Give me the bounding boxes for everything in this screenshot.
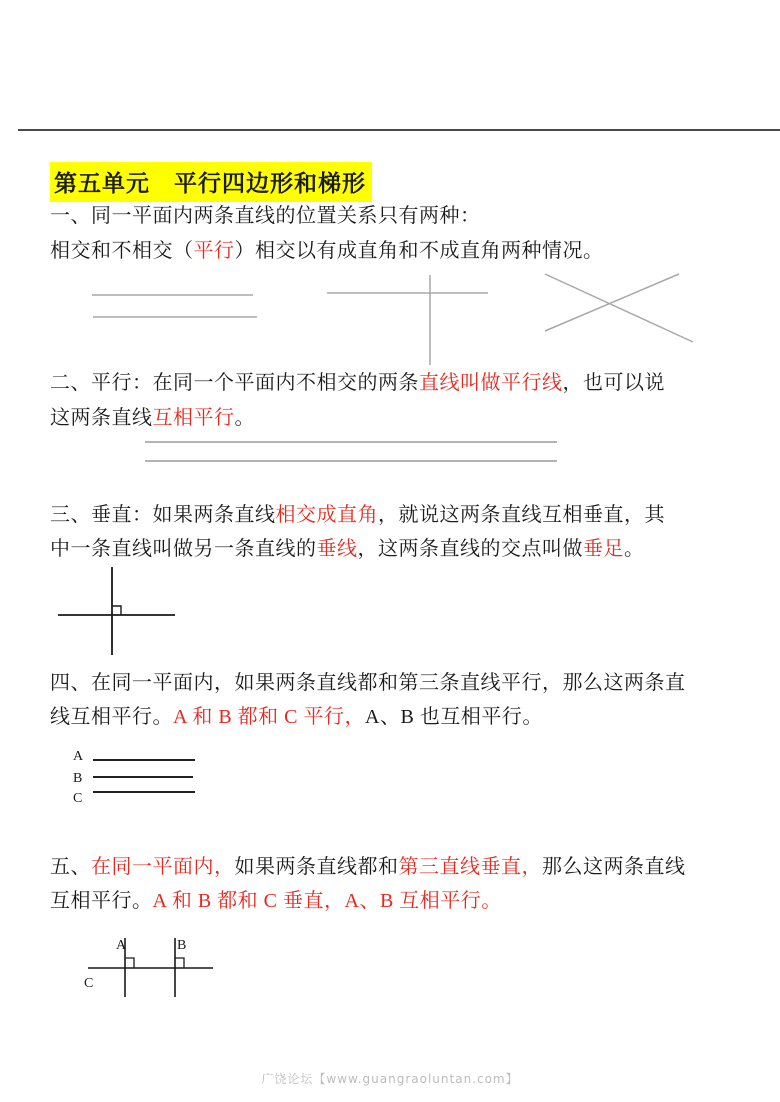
text-run-red: A 和 B 都和 C 平行， xyxy=(173,706,365,728)
text-run: 二、平行：在同一个平面内不相交的两条 xyxy=(50,372,419,394)
text-run: ，就说这两条直线互相垂直，其 xyxy=(378,504,665,526)
text-run-red: 平行 xyxy=(194,240,235,262)
line-label-b: B xyxy=(177,938,186,953)
text-run: 三、垂直：如果两条直线 xyxy=(50,504,276,526)
intersecting-oblique-diagram xyxy=(538,268,703,350)
right-angle-marker xyxy=(125,958,134,968)
text-run: 五、 xyxy=(50,856,91,878)
text-run-red: 垂线 xyxy=(317,538,358,560)
line-label-c: C xyxy=(84,976,93,991)
section-5-line-1: 五、在同一平面内，如果两条直线都和第三直线垂直，那么这两条直线 xyxy=(50,852,750,882)
text-run-red: 垂足 xyxy=(583,538,624,560)
abc-parallel-diagram: A B C xyxy=(65,740,225,805)
intersecting-right-angle-diagram xyxy=(320,270,495,370)
parallel-lines-diagram xyxy=(85,288,265,324)
document-page: 第五单元 平行四边形和梯形 一、同一平面内两条直线的位置关系只有两种： 相交和不… xyxy=(0,0,780,1102)
text-run: ，这两条直线的交点叫做 xyxy=(358,538,584,560)
right-angle-marker xyxy=(112,606,121,615)
text-run: 那么这两条直线 xyxy=(542,856,686,878)
section-4-line-1: 四、在同一平面内，如果两条直线都和第三条直线平行，那么这两条直 xyxy=(50,668,750,698)
text-run: 四、在同一平面内，如果两条直线都和第三条直线平行，那么这两条直 xyxy=(50,672,686,694)
text-run: 互相平行。 xyxy=(50,890,153,912)
text-run-red: 互相平行 xyxy=(153,407,235,429)
parallel-lines-example-diagram xyxy=(140,435,565,470)
section-4-line-2: 线互相平行。A 和 B 都和 C 平行，A、B 也互相平行。 xyxy=(50,702,750,732)
section-2-line-2: 这两条直线互相平行。 xyxy=(50,403,750,433)
text-run-red: 第三直线垂直， xyxy=(399,856,543,878)
line-label-c: C xyxy=(73,791,82,805)
footer-watermark: 广饶论坛【www.guangraoluntan.com】 xyxy=(0,1070,780,1087)
unit-title: 第五单元 平行四边形和梯形 xyxy=(50,162,372,202)
right-angle-marker xyxy=(175,958,184,968)
text-run: 如果两条直线都和 xyxy=(235,856,399,878)
section-2-line-1: 二、平行：在同一个平面内不相交的两条直线叫做平行线，也可以说 xyxy=(50,368,750,398)
text-run: 这两条直线 xyxy=(50,407,153,429)
text-run: 一、同一平面内两条直线的位置关系只有两种： xyxy=(50,205,481,227)
section-1-line-2: 相交和不相交（平行）相交以有成直角和不成直角两种情况。 xyxy=(50,236,750,266)
text-run: ，也可以说 xyxy=(563,372,666,394)
text-run: 中一条直线叫做另一条直线的 xyxy=(50,538,317,560)
line-label-a: A xyxy=(73,749,84,764)
text-run-red: 相交成直角 xyxy=(276,504,379,526)
section-5-line-2: 互相平行。A 和 B 都和 C 垂直，A、B 互相平行。 xyxy=(50,886,750,916)
text-run: 线互相平行。 xyxy=(50,706,173,728)
text-run-red: 直线叫做平行线 xyxy=(419,372,563,394)
line-label-b: B xyxy=(73,771,82,786)
text-run: 。 xyxy=(624,538,645,560)
section-3-line-1: 三、垂直：如果两条直线相交成直角，就说这两条直线互相垂直，其 xyxy=(50,500,750,530)
text-run-red: 在同一平面内， xyxy=(91,856,235,878)
text-run: 。 xyxy=(235,407,256,429)
perpendicular-cross-diagram xyxy=(50,560,190,660)
text-run: ）相交以有成直角和不成直角两种情况。 xyxy=(235,240,604,262)
text-run-red: A 和 B 都和 C 垂直，A、B 互相平行。 xyxy=(153,890,502,912)
text-run: 相交和不相交（ xyxy=(50,240,194,262)
page-top-rule xyxy=(18,129,780,131)
abc-perpendicular-diagram: A B C xyxy=(70,925,290,1010)
section-1-line-1: 一、同一平面内两条直线的位置关系只有两种： xyxy=(50,201,750,231)
text-run: A、B 也互相平行。 xyxy=(365,706,543,728)
